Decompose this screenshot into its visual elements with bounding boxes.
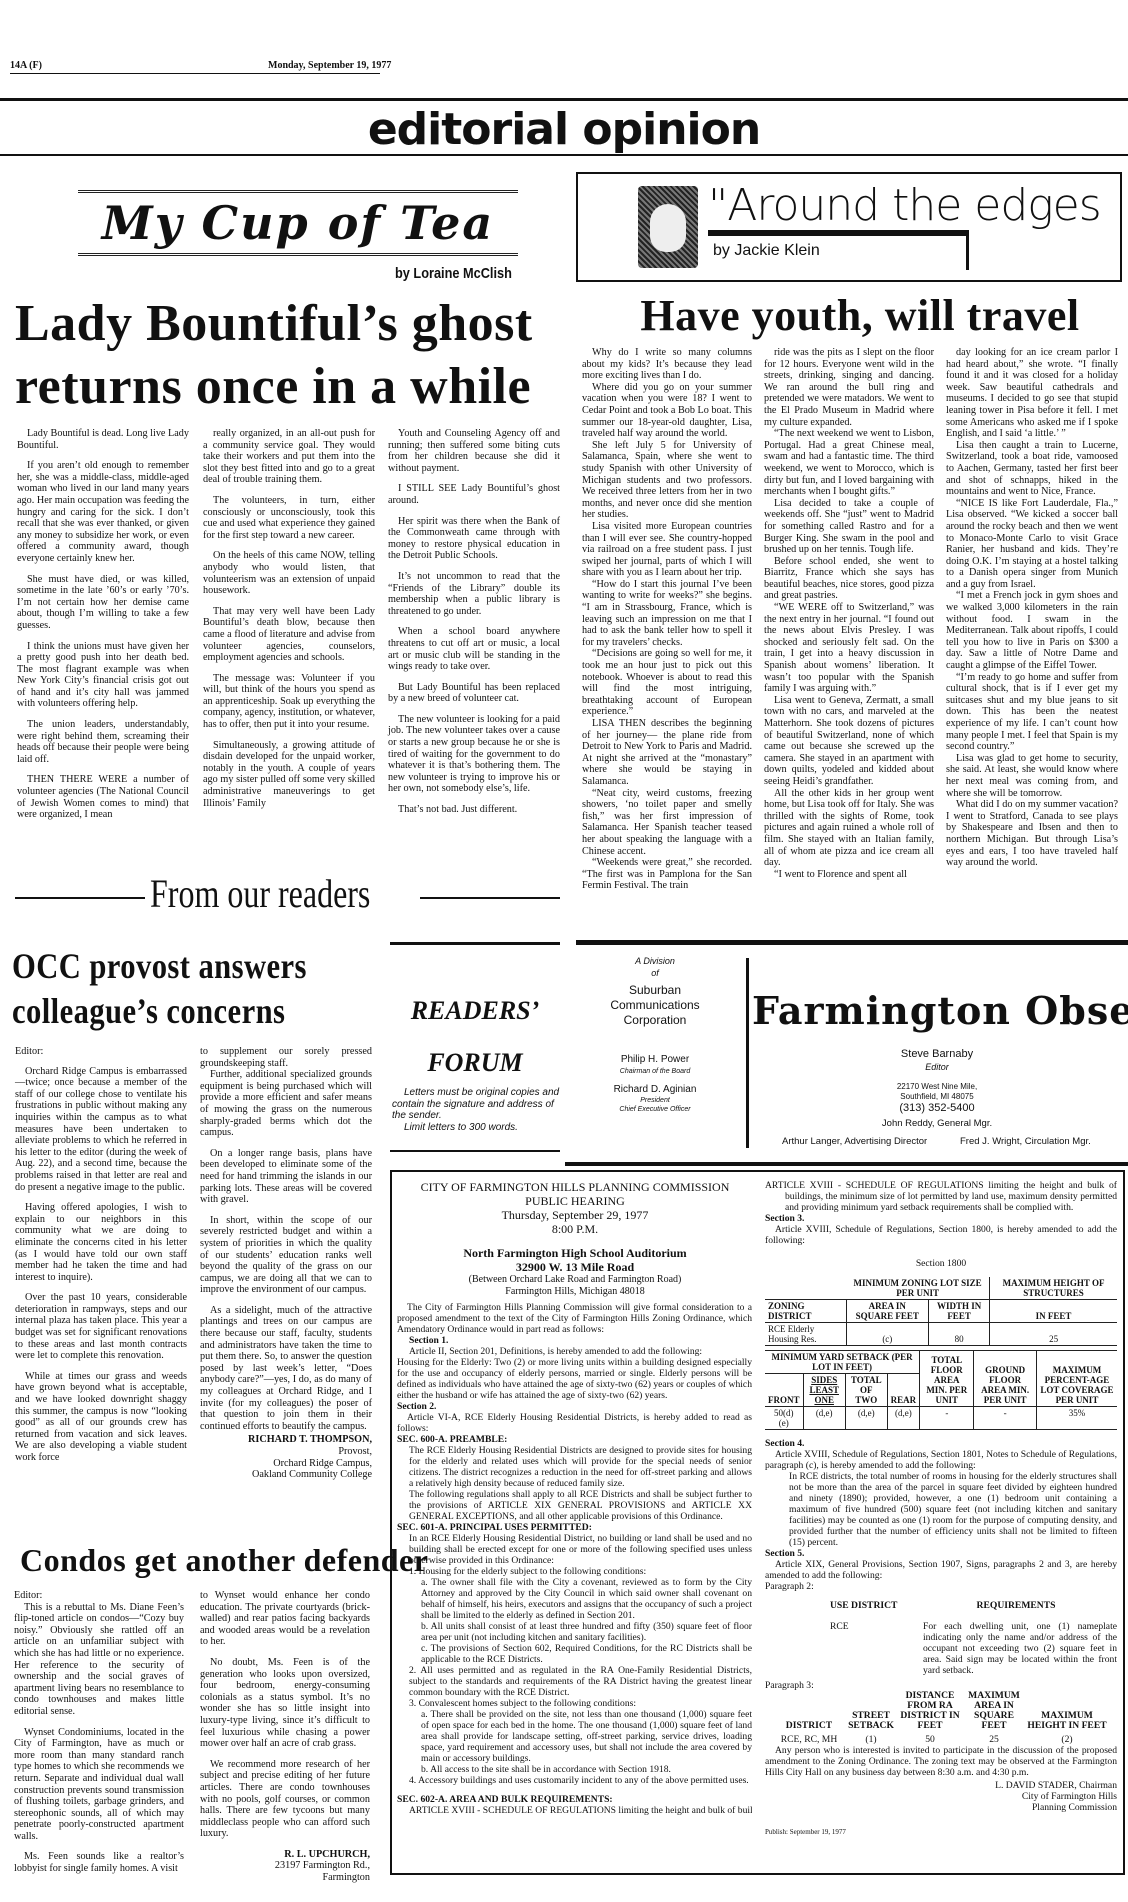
cell: (2): [1027, 1734, 1107, 1745]
article-column-2: really organized, in an all-out push for…: [203, 428, 375, 818]
table-header: IN FEET: [990, 1300, 1117, 1323]
section-from-our-readers: From our readers: [150, 870, 370, 917]
officer-title: Chairman of the Board: [565, 1066, 745, 1078]
signs-paragraph-3-row: RCE, RC, MH (1) 50 25 (2): [765, 1734, 1117, 1745]
paragraph: Orchard Ridge Campus is embarrassed—twic…: [15, 1066, 187, 1194]
readers-forum-title: READERS’ FORUM: [390, 985, 560, 1089]
paragraph: All the other kids in her group went hom…: [764, 788, 934, 869]
table-cell: 80: [929, 1323, 990, 1346]
section-label: Section 1.: [397, 1335, 752, 1346]
banner-bottom-rule: [0, 154, 1128, 156]
header-rule: [10, 73, 380, 74]
paragraph: It’s not uncommon to read that the “Frie…: [388, 571, 560, 617]
paragraph: In short, within the scope of our severe…: [200, 1215, 372, 1296]
paragraph: Wynset Condominiums, located in the City…: [14, 1727, 184, 1843]
byline-mcclish: by Loraine McClish: [395, 265, 512, 282]
author-photo: [638, 186, 698, 268]
table-cell: RCE Elderly Housing Res.: [765, 1323, 846, 1346]
paragraph: We recommend more research of her subjec…: [200, 1759, 370, 1840]
signature-name: RICHARD T. THOMPSON,: [200, 1434, 372, 1446]
paragraph: “I’m ready to go home and suffer from cu…: [946, 672, 1118, 753]
paragraph: Why do I write so many columns about my …: [582, 347, 752, 382]
paragraph: The message was: Volunteer if you will, …: [203, 673, 375, 731]
sec-text: The following regulations shall apply to…: [397, 1489, 752, 1522]
advertising-director: Arthur Langer, Advertising Director: [782, 1136, 927, 1147]
venue-directions: (Between Orchard Lake Road and Farmingto…: [400, 1274, 750, 1286]
table-group-header: MINIMUM ZONING LOT SIZE PER UNIT: [846, 1277, 990, 1300]
list-item: c. The provisions of Section 602, Requir…: [397, 1643, 752, 1665]
section-label: Section 4.: [765, 1438, 1117, 1449]
cell: 25: [961, 1734, 1027, 1745]
officer-name: Philip H. Power: [565, 1054, 745, 1066]
signature-line: Oakland Community College: [200, 1469, 372, 1481]
paragraph: “The next weekend we went to Lisbon, Por…: [764, 428, 934, 498]
section-text: Article XIX, General Provisions, Section…: [765, 1559, 1117, 1581]
cell: RCE, RC, MH: [765, 1734, 843, 1745]
paragraph: “I went to Florence and spent all: [764, 869, 934, 881]
paragraph: I think the unions must have given her a…: [17, 641, 189, 711]
forum-rules: Letters must be original copies and cont…: [392, 1087, 560, 1122]
table-header: REAR: [887, 1374, 920, 1407]
forum-title-line1: READERS’: [390, 985, 560, 1037]
col-header: STREET SETBACK: [843, 1711, 899, 1731]
editor-name: Steve Barnaby: [752, 1048, 1122, 1061]
paragraph: Lisa was glad to get home to security, s…: [946, 753, 1118, 799]
paragraph: Her spirit was there when the Bank of th…: [388, 516, 560, 562]
cell: 50: [899, 1734, 961, 1745]
table-cell: 25: [990, 1323, 1117, 1346]
list-item: 4. Accessory buildings and uses customar…: [397, 1775, 752, 1786]
legal-left-column: The City of Farmington Hills Planning Co…: [397, 1302, 752, 1816]
article-column-3: Youth and Counseling Agency off and runn…: [388, 428, 560, 825]
forum-word-limit: Limit letters to 300 words.: [404, 1122, 518, 1133]
table-cell: -: [974, 1407, 1036, 1430]
paragraph: “I met a French jock in gym shoes and we…: [946, 590, 1118, 671]
officer-name: Richard D. Aginian: [565, 1084, 745, 1096]
byline-klein: by Jackie Klein: [713, 242, 820, 260]
paragraph: LISA THEN describes the beginning of her…: [582, 718, 752, 788]
col-header: DISTRICT: [765, 1721, 843, 1731]
list-item: 2. All uses permitted and as regulated i…: [397, 1665, 752, 1698]
section-text: Article XVIII, Schedule of Regulations, …: [765, 1224, 1117, 1246]
address-line2: Southfield, MI 48075: [752, 1092, 1122, 1102]
readers-rule-left: [15, 897, 145, 899]
phone-number: (313) 352-5400: [752, 1102, 1122, 1115]
editor-title: Editor: [752, 1061, 1122, 1074]
table-cell: 50(d) (e): [765, 1407, 803, 1430]
requirements-text: For each dwelling unit, one (1) nameplat…: [915, 1621, 1117, 1676]
paragraph: “Decisions are going so well for me, it …: [582, 648, 752, 718]
page-folio: 14A (F): [10, 60, 42, 71]
list-item: b. All units shall consist of at least t…: [397, 1621, 752, 1643]
headline-lady-bountiful-2: returns once in a while: [15, 358, 531, 416]
sec-text: In an RCE Elderly Housing Residential Di…: [397, 1533, 752, 1566]
signer-line: Planning Commission: [765, 1802, 1117, 1813]
division-label: A Division: [565, 955, 745, 967]
sec-text: The RCE Elderly Housing Residential Dist…: [397, 1445, 752, 1489]
signature-name: R. L. UPCHURCH,: [200, 1849, 370, 1861]
headline-occ-1: OCC provost answers: [12, 945, 307, 987]
article-column-1: Lady Bountiful is dead. Long live Lady B…: [17, 428, 189, 830]
paragraph: That’s not bad. Just different.: [388, 804, 560, 816]
table-cell: (c): [846, 1323, 928, 1346]
paragraph: Ms. Feen sounds like a realtor’s lobbyis…: [14, 1851, 184, 1874]
table-title: Section 1800: [765, 1258, 1117, 1269]
sec-text-continued: ARTICLE XVIII - SCHEDULE OF REGULATIONS …: [765, 1180, 1117, 1213]
paragraph: The union leaders, understandably, were …: [17, 719, 189, 765]
definition-text: Housing for the Elderly: Two (2) or more…: [397, 1357, 752, 1401]
paragraph: “Weekends were great,” she recorded. “Th…: [582, 857, 752, 892]
headline-have-youth: Have youth, will travel: [600, 290, 1120, 341]
paragraph: Lisa decided to take a couple of weekend…: [764, 498, 934, 556]
readers-rule-right: [420, 897, 560, 899]
paragraph: to supplement our sorely pressed grounds…: [200, 1046, 372, 1069]
section-text: Article VI-A, RCE Elderly Housing Reside…: [397, 1412, 752, 1434]
publish-date: Publish: September 19, 1977: [765, 1827, 1117, 1838]
list-item: 1. Housing for the elderly subject to th…: [397, 1566, 752, 1577]
paper-name: Farmington Observer: [752, 988, 1122, 1033]
travel-bottom-rule: [576, 940, 1128, 945]
headline-occ-2: colleague’s concerns: [12, 990, 285, 1032]
paragraph: As a sidelight, much of the attractive p…: [200, 1305, 372, 1433]
col-header: DISTANCE FROM RA DISTRICT IN FEET: [899, 1691, 961, 1731]
page-date: Monday, September 19, 1977: [268, 60, 391, 71]
table-row: 50(d) (e) (d,e) (d,e) (d,e) - - 35%: [765, 1407, 1117, 1430]
travel-column-3: day looking for an ice cream parlor I ha…: [946, 347, 1118, 869]
company-name: Suburban Communications Corporation: [565, 983, 745, 1028]
table-cell: -: [920, 1407, 974, 1430]
paragraph: THEN THERE WERE a number of volunteer ag…: [17, 774, 189, 820]
hearing-subtitle: PUBLIC HEARING: [400, 1194, 750, 1208]
paragraph: On the heels of this came NOW, telling a…: [203, 550, 375, 596]
table-cell: (d,e): [803, 1407, 845, 1430]
table-cell: 35%: [1036, 1407, 1117, 1430]
masthead-division: A Division of Suburban Communications Co…: [565, 955, 745, 1114]
paragraph: The new volunteer is looking for a paid …: [388, 714, 560, 795]
legal-right-column: ARTICLE XVIII - SCHEDULE OF REGULATIONS …: [765, 1180, 1117, 1838]
sec-label: SEC. 601-A. PRINCIPAL USES PERMITTED:: [397, 1522, 752, 1533]
occ-column-2: to supplement our sorely pressed grounds…: [200, 1046, 372, 1481]
venue-name: North Farmington High School Auditorium: [400, 1246, 750, 1260]
paragraph: While at times our grass and weeds have …: [15, 1371, 187, 1464]
cell: (1): [843, 1734, 899, 1745]
signer-line: City of Farmington Hills: [765, 1791, 1117, 1802]
paragraph: The volunteers, in turn, either consciou…: [203, 495, 375, 541]
officer-title: President Chief Executive Officer: [565, 1096, 745, 1114]
paragraph: But Lady Bountiful has been replaced by …: [388, 682, 560, 705]
signature-line: Provost,: [200, 1446, 372, 1458]
zoning-lot-table: MINIMUM ZONING LOT SIZE PER UNIT MAXIMUM…: [765, 1277, 1117, 1346]
paragraph: On a longer range basis, plans have been…: [200, 1148, 372, 1206]
forum-rule: [390, 1150, 560, 1152]
table-header: GROUND FLOOR AREA MIN. PER UNIT: [974, 1351, 1036, 1407]
banner-top-rule: [0, 98, 1128, 101]
table-header: MAXIMUM PERCENT-AGE LOT COVERAGE PER UNI…: [1036, 1351, 1117, 1407]
paragraph: Lady Bountiful is dead. Long live Lady B…: [17, 428, 189, 451]
signs-row: RCE For each dwelling unit, one (1) name…: [765, 1621, 1117, 1676]
signature-line: Orchard Ridge Campus,: [200, 1458, 372, 1470]
table-header: SIDES LEAST ONE: [803, 1374, 845, 1407]
paragraph: Over the past 10 years, considerable det…: [15, 1292, 187, 1362]
section-title: editorial opinion: [0, 104, 1128, 155]
signature-line: Farmington: [200, 1872, 370, 1884]
condos-column-2: to Wynset would enhance her condo educat…: [200, 1590, 370, 1884]
sec-text: ARTICLE XVIII - SCHEDULE OF REGULATIONS …: [397, 1805, 752, 1816]
table-header: ZONING DISTRICT: [765, 1300, 846, 1323]
hearing-time: 8:00 P.M.: [400, 1222, 750, 1236]
list-item: 3. Convalescent homes subject to the fol…: [397, 1698, 752, 1709]
headline-condos: Condos get another defender: [20, 1542, 428, 1579]
paragraph: Before school ended, she went to Biarrit…: [764, 556, 934, 602]
paragraph: What did I do on my summer vacation? I w…: [946, 799, 1118, 869]
occ-column-1: Editor: Orchard Ridge Campus is embarras…: [15, 1046, 187, 1473]
section-label: Section 2.: [397, 1401, 752, 1412]
general-manager: John Reddy, General Mgr.: [752, 1118, 1122, 1129]
hearing-date: Thursday, September 29, 1977: [400, 1208, 750, 1222]
list-item: a. The owner shall file with the City a …: [397, 1577, 752, 1621]
section-body: In RCE districts, the total number of ro…: [765, 1471, 1117, 1548]
signer-name: L. DAVID STADER, Chairman: [765, 1780, 1117, 1791]
paragraph: “How do I start this journal I’ve been w…: [582, 579, 752, 649]
table-cell: (d,e): [845, 1407, 887, 1430]
sec-label: SEC. 602-A. AREA AND BULK REQUIREMENTS:: [397, 1794, 752, 1805]
section-text: Article XVIII, Schedule of Regulations, …: [765, 1449, 1117, 1471]
use-district: RCE: [765, 1621, 915, 1676]
paragraph: Youth and Counseling Agency off and runn…: [388, 428, 560, 474]
venue-city: Farmington Hills, Michigan 48018: [400, 1286, 750, 1298]
travel-column-1: Why do I write so many columns about my …: [582, 347, 752, 892]
paragraph: Lisa then caught a train to Lucerne, Swi…: [946, 440, 1118, 498]
table-group-header: MINIMUM YARD SETBACK (PER LOT IN FEET): [765, 1351, 920, 1374]
col-header: MAXIMUM HEIGHT IN FEET: [1027, 1711, 1107, 1731]
salutation: Editor:: [15, 1046, 187, 1058]
hearing-title: CITY OF FARMINGTON HILLS PLANNING COMMIS…: [400, 1180, 750, 1194]
paragraph: Where did you go on your summer vacation…: [582, 382, 752, 440]
paragraph-label: Paragraph 2:: [765, 1581, 1117, 1592]
paragraph: That may very well have been Lady Bounti…: [203, 606, 375, 664]
paragraph: “WE WERE off to Switzerland,” was the ne…: [764, 602, 934, 695]
paragraph: “Neat city, weird customs, freezing show…: [582, 788, 752, 858]
closing-text: Any person who is interested is invited …: [765, 1745, 1117, 1778]
paragraph: Further, additional specialized grounds …: [200, 1069, 372, 1139]
paragraph: When a school board anywhere threatens t…: [388, 626, 560, 672]
address-line1: 22170 West Nine Mile,: [752, 1082, 1122, 1092]
condos-column-1: Editor: This is a rebuttal to Ms. Diane …: [14, 1590, 184, 1884]
table-cell: (d,e): [887, 1407, 920, 1430]
list-item: b. All access to the site shall be in ac…: [397, 1764, 752, 1775]
circulation-manager: Fred J. Wright, Circulation Mgr.: [960, 1136, 1091, 1147]
table-header: FRONT: [765, 1374, 803, 1407]
logo-bar: [708, 230, 968, 236]
division-of: of: [565, 967, 745, 979]
col-header: MAXIMUM AREA IN SQUARE FEET: [961, 1691, 1027, 1731]
paragraph: “NICE IS like Fort Lauderdale, Fla.,” Li…: [946, 498, 1118, 591]
table-header: AREA IN SQUARE FEET: [846, 1300, 928, 1323]
section-text: Article II, Section 201, Definitions, is…: [397, 1346, 752, 1357]
paragraph: Lisa went to Geneva, Zermatt, a small to…: [764, 695, 934, 788]
forum-title-line2: FORUM: [390, 1037, 560, 1089]
readers-lower-rule: [390, 942, 560, 945]
legal-intro: The City of Farmington Hills Planning Co…: [397, 1302, 752, 1335]
paragraph: really organized, in an all-out push for…: [203, 428, 375, 486]
table-header: TOTAL FLOOR AREA MIN. PER UNIT: [920, 1351, 974, 1407]
col-header: USE DISTRICT: [765, 1600, 915, 1611]
paragraph: ride was the pits as I slept on the floo…: [764, 347, 934, 428]
travel-column-2: ride was the pits as I slept on the floo…: [764, 347, 934, 880]
table-header: WIDTH IN FEET: [929, 1300, 990, 1323]
paragraph: She left July 5 for University of Salama…: [582, 440, 752, 521]
signs-paragraph-2: USE DISTRICT REQUIREMENTS: [765, 1600, 1117, 1611]
paragraph: to Wynset would enhance her condo educat…: [200, 1590, 370, 1648]
section-label: Section 3.: [765, 1213, 1117, 1224]
face-shape: [650, 204, 686, 252]
paragraph: This is a rebuttal to Ms. Diane Feen’s f…: [14, 1602, 184, 1718]
paragraph: She must have died, or was killed, somet…: [17, 574, 189, 632]
salutation: Editor:: [14, 1590, 184, 1602]
col-header: REQUIREMENTS: [915, 1600, 1117, 1611]
table-group-header: MAXIMUM HEIGHT OF STRUCTURES: [990, 1277, 1117, 1300]
section-label: Section 5.: [765, 1548, 1117, 1559]
paragraph: Lisa visited more European countries tha…: [582, 521, 752, 579]
venue-address: 32900 W. 13 Mile Road: [400, 1260, 750, 1274]
column-logo-my-cup-of-tea: My Cup of Tea: [78, 190, 518, 256]
headline-lady-bountiful-1: Lady Bountiful’s ghost: [15, 295, 533, 353]
column-logo-around-the-edges: "Around the edges by Jackie Klein: [576, 172, 1122, 282]
masthead-bottom-rule: [565, 1162, 1128, 1166]
signature-line: 23197 Farmington Rd.,: [200, 1860, 370, 1872]
hearing-header: CITY OF FARMINGTON HILLS PLANNING COMMIS…: [400, 1180, 750, 1298]
masthead-editor: Steve Barnaby Editor 22170 West Nine Mil…: [752, 1048, 1122, 1115]
paragraph: Simultaneously, a growing attitude of di…: [203, 740, 375, 810]
paragraph: day looking for an ice cream parlor I ha…: [946, 347, 1118, 440]
sec-label: SEC. 600-A. PREAMBLE:: [397, 1434, 752, 1445]
paragraph: Having offered apologies, I wish to expl…: [15, 1202, 187, 1283]
masthead-divider: [746, 958, 749, 1148]
logo-post: [966, 230, 969, 270]
column-title: "Around the edges: [708, 180, 1101, 231]
list-item: a. There shall be provided on the site, …: [397, 1709, 752, 1764]
table-header: TOTAL OF TWO: [845, 1374, 887, 1407]
paragraph: I STILL SEE Lady Bountiful’s ghost aroun…: [388, 483, 560, 506]
yard-setback-table: MINIMUM YARD SETBACK (PER LOT IN FEET) T…: [765, 1350, 1117, 1430]
paragraph: If you aren’t old enough to remember her…: [17, 460, 189, 564]
signs-paragraph-3-headers: DISTRICT STREET SETBACK DISTANCE FROM RA…: [765, 1691, 1117, 1731]
table-row: RCE Elderly Housing Res. (c) 80 25: [765, 1323, 1117, 1346]
paragraph: No doubt, Ms. Feen is of the generation …: [200, 1657, 370, 1750]
